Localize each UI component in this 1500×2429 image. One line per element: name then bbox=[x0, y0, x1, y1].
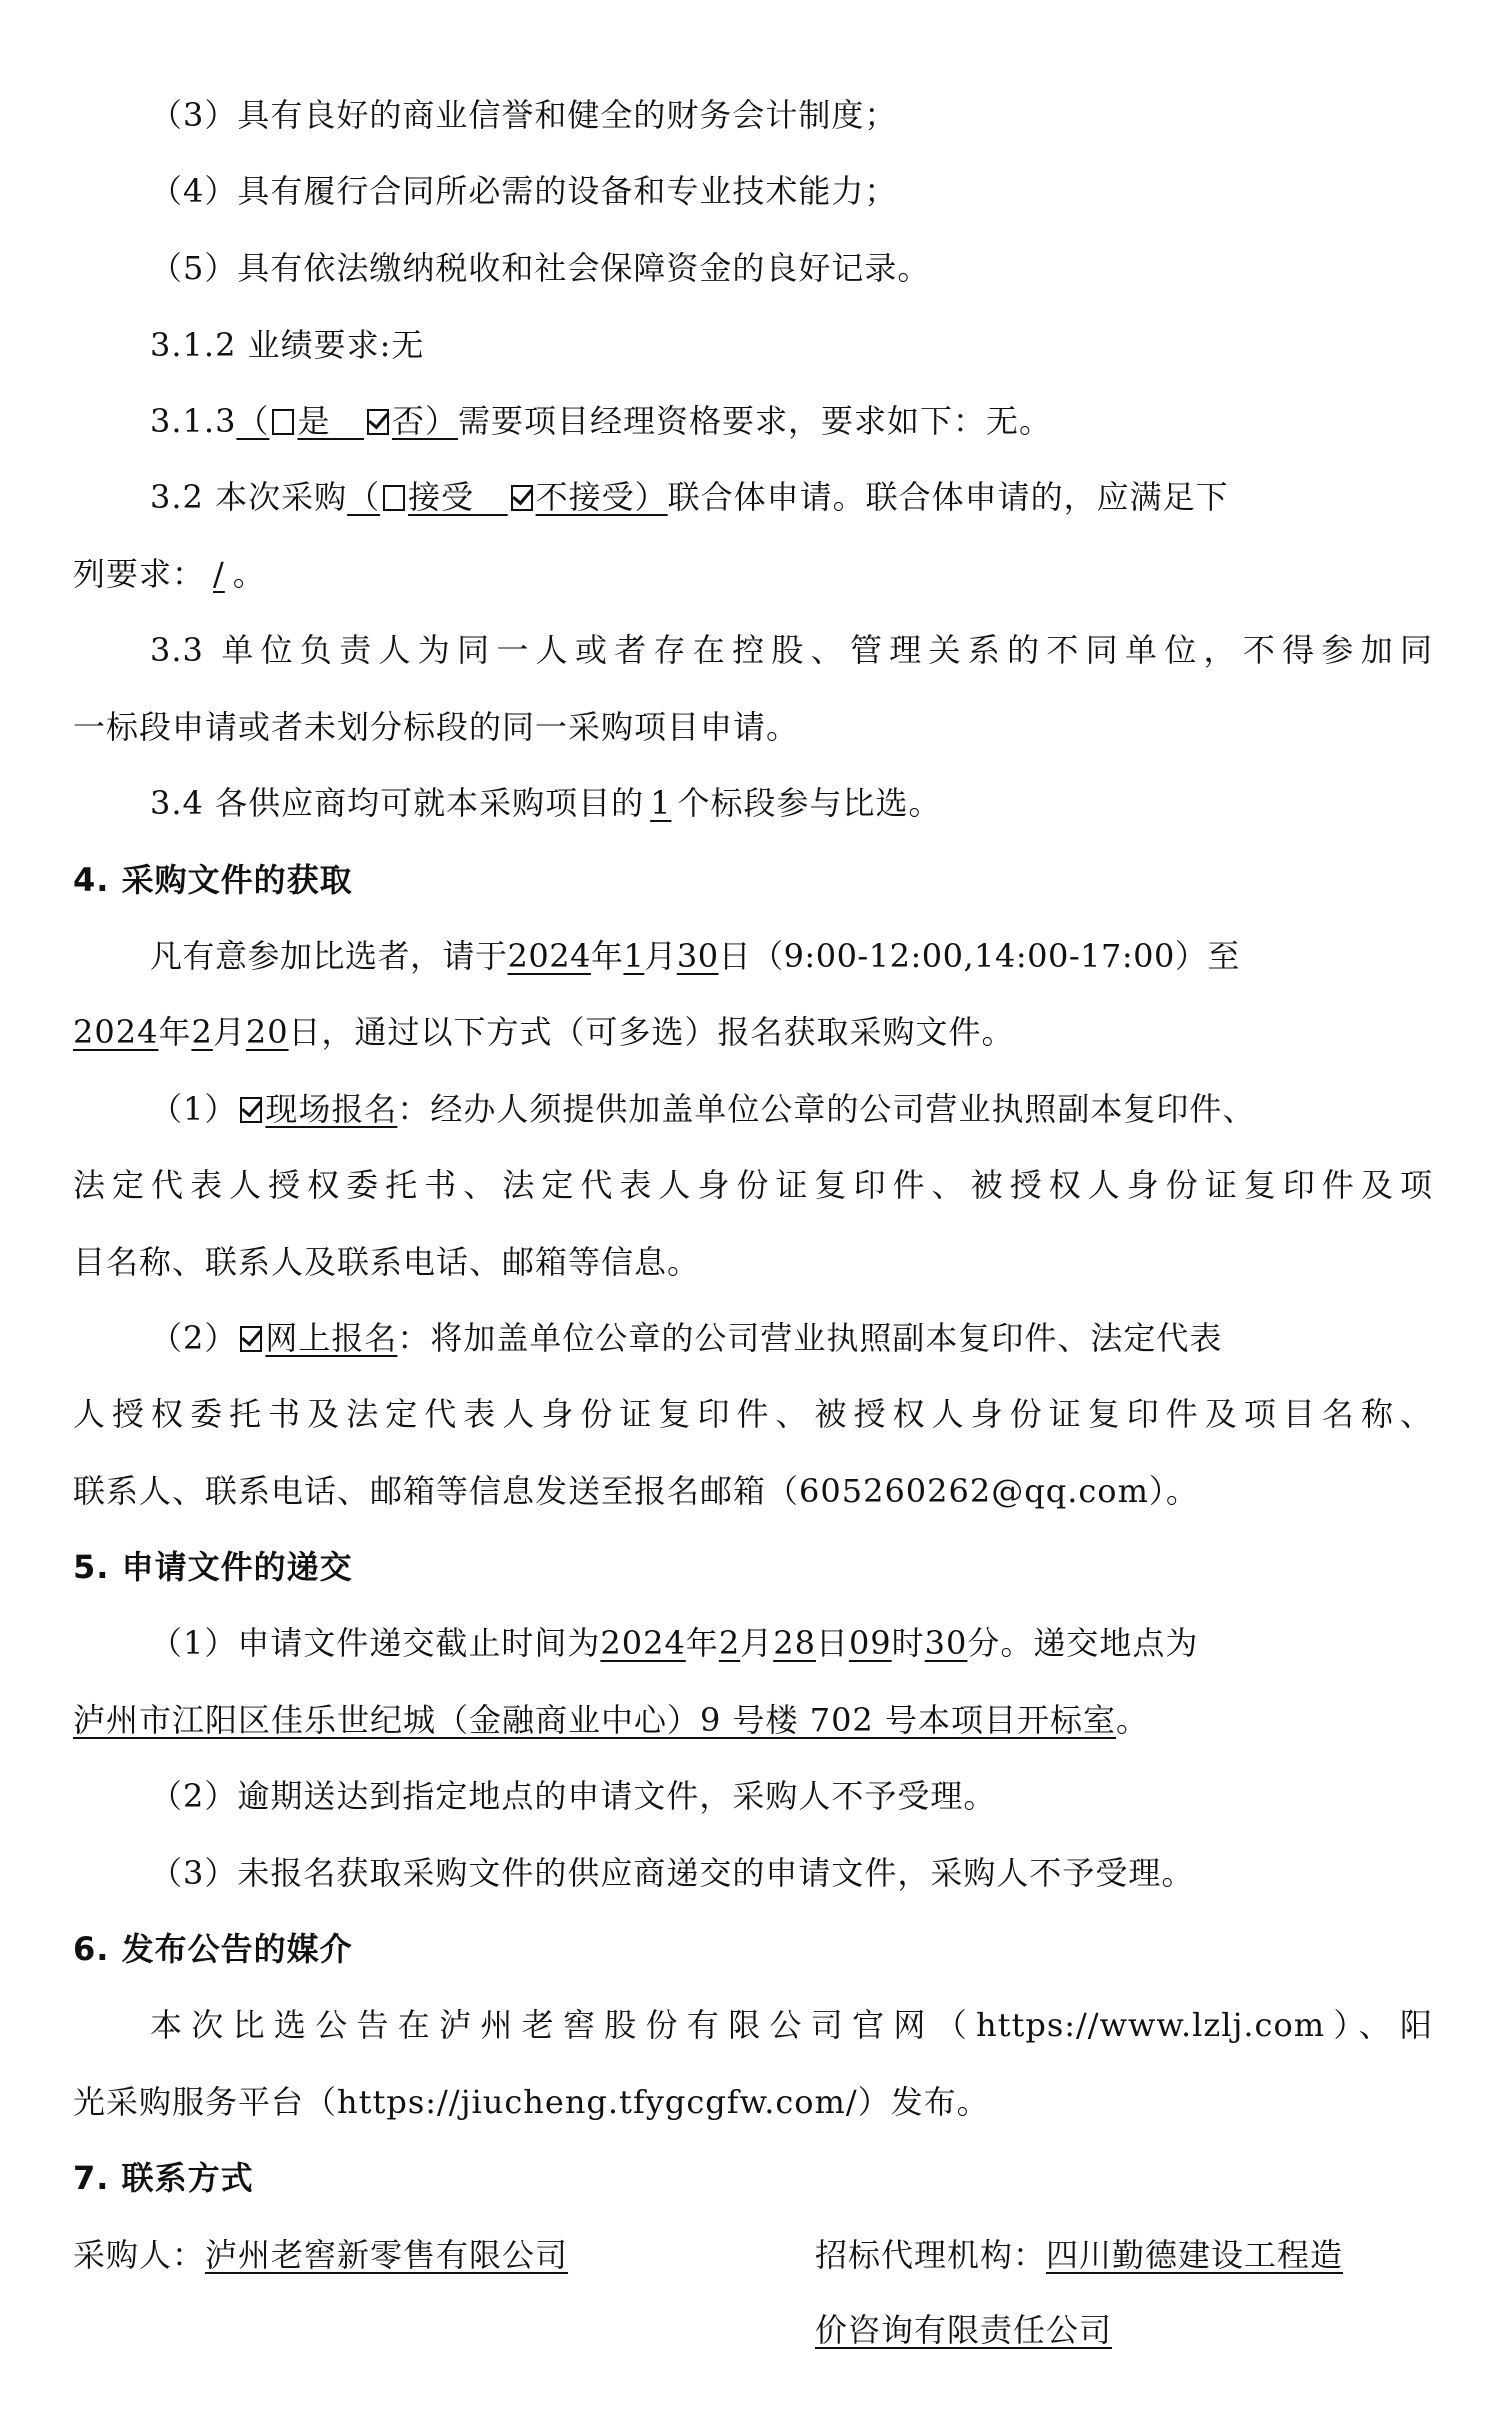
document-page: （3）具有良好的商业信誉和健全的财务会计制度； （4）具有履行合同所必需的设备和… bbox=[0, 0, 1500, 2429]
purchaser-label: 采购人： bbox=[73, 2236, 205, 2274]
checkbox-onsite-checked-icon[interactable] bbox=[240, 1097, 262, 1123]
text: 年 bbox=[158, 1013, 191, 1051]
section-5-heading: 5. 申请文件的递交 bbox=[73, 1537, 1433, 1597]
clause-3-1-3: 3.1.3（是 否）需要项目经理资格要求，要求如下：无。 bbox=[150, 391, 1433, 451]
clause-text: 3.4 各供应商均可就本采购项目的 bbox=[150, 784, 644, 822]
text: 凡有意参加比选者，请于 bbox=[150, 937, 508, 975]
onsite-registration-label: 现场报名 bbox=[265, 1090, 397, 1128]
text: 日，通过以下方式（可多选）报名获取采购文件。 bbox=[289, 1013, 1015, 1051]
option-accept-label: 接受 bbox=[408, 478, 474, 516]
online-registration-label: 网上报名 bbox=[265, 1319, 397, 1357]
paren: （ bbox=[236, 402, 269, 440]
deadline-month: 2 bbox=[719, 1624, 740, 1662]
text: 时 bbox=[892, 1624, 925, 1662]
submission-deadline: （1）申请文件递交截止时间为2024年2月28日09时30分。递交地点为 bbox=[150, 1613, 1433, 1673]
requirement-label: 列要求： bbox=[73, 555, 205, 593]
late-submission-rule: （2）逾期送达到指定地点的申请文件，采购人不予受理。 bbox=[150, 1766, 1433, 1826]
section-4-heading: 4. 采购文件的获取 bbox=[73, 850, 1433, 910]
period: 。 bbox=[233, 555, 266, 593]
text: ：将加盖单位公章的公司营业执照副本复印件、法定代表 bbox=[397, 1319, 1222, 1357]
online-registration-line2: 人授权委托书及法定代表人身份证复印件、被授权人身份证复印件及项目名称、 bbox=[73, 1384, 1433, 1444]
checkbox-yes-icon[interactable] bbox=[272, 409, 294, 435]
text: 月 bbox=[740, 1624, 773, 1662]
submission-location-line: 泸州市江阳区佳乐世纪城（金融商业中心）9 号楼 702 号本项目开标室。 bbox=[73, 1690, 1433, 1750]
end-year: 2024 bbox=[73, 1013, 158, 1051]
checkbox-no-checked-icon[interactable] bbox=[367, 409, 389, 435]
agency-contact: 招标代理机构：四川勤德建设工程造 bbox=[815, 2225, 1435, 2285]
checkbox-reject-checked-icon[interactable] bbox=[511, 485, 533, 511]
requirement-4: （4）具有履行合同所必需的设备和专业技术能力； bbox=[150, 161, 1433, 221]
period: 。 bbox=[1116, 1701, 1149, 1739]
online-registration-line3: 联系人、联系电话、邮箱等信息发送至报名邮箱（605260262@qq.com）。 bbox=[73, 1461, 1433, 1521]
business-hours: 日（9:00-12:00,14:00-17:00）至 bbox=[719, 937, 1240, 975]
clause-3-2: 3.2 本次采购（接受 不接受）联合体申请。联合体申请的，应满足下 bbox=[150, 467, 1433, 527]
consortium-requirement-value: / bbox=[205, 555, 233, 593]
text: （1）申请文件递交截止时间为 bbox=[150, 1624, 600, 1662]
registration-period-line2: 2024年2月20日，通过以下方式（可多选）报名获取采购文件。 bbox=[73, 1002, 1433, 1062]
onsite-registration-line2: 法定代表人授权委托书、法定代表人身份证复印件、被授权人身份证复印件及项 bbox=[73, 1155, 1433, 1215]
consortium-options: （接受 不接受） bbox=[347, 478, 668, 516]
media-line1: 本次比选公告在泸州老窖股份有限公司官网（https://www.lzlj.com… bbox=[150, 1995, 1433, 2055]
requirement-5: （5）具有依法缴纳税收和社会保障资金的良好记录。 bbox=[150, 238, 1433, 298]
start-day: 30 bbox=[677, 937, 719, 975]
clause-text-suffix: 联合体申请。联合体申请的，应满足下 bbox=[668, 478, 1229, 516]
start-month: 1 bbox=[623, 937, 644, 975]
checkbox-online-checked-icon[interactable] bbox=[240, 1326, 262, 1352]
deadline-minute: 30 bbox=[925, 1624, 968, 1662]
text: ：经办人须提供加盖单位公章的公司营业执照副本复印件、 bbox=[397, 1090, 1255, 1128]
text: 年 bbox=[591, 937, 624, 975]
start-year: 2024 bbox=[508, 937, 591, 975]
text: 月 bbox=[213, 1013, 246, 1051]
clause-number: 3.1.3 bbox=[150, 402, 236, 440]
clause-text-suffix: 个标段参与比选。 bbox=[677, 784, 941, 822]
submission-location: 泸州市江阳区佳乐世纪城（金融商业中心）9 号楼 702 号本项目开标室 bbox=[73, 1701, 1116, 1739]
lot-count: 1 bbox=[644, 784, 677, 822]
clause-3-3-line1: 3.3 单位负责人为同一人或者存在控股、管理关系的不同单位，不得参加同 bbox=[150, 620, 1433, 680]
registration-period-line1: 凡有意参加比选者，请于2024年1月30日（9:00-12:00,14:00-1… bbox=[150, 926, 1433, 986]
clause-3-4: 3.4 各供应商均可就本采购项目的1个标段参与比选。 bbox=[150, 773, 1433, 833]
clause-3-1-2: 3.1.2 业绩要求:无 bbox=[150, 315, 1433, 375]
paren: （ bbox=[347, 478, 380, 516]
section-7-heading: 7. 联系方式 bbox=[73, 2148, 1433, 2208]
clause-text: 3.2 本次采购 bbox=[150, 478, 347, 516]
purchaser-name: 泸州老窖新零售有限公司 bbox=[205, 2236, 568, 2274]
agency-name-line2: 价咨询有限责任公司 bbox=[815, 2311, 1112, 2349]
agency-name-line1: 四川勤德建设工程造 bbox=[1046, 2236, 1343, 2274]
onsite-registration-line1: （1）现场报名：经办人须提供加盖单位公章的公司营业执照副本复印件、 bbox=[150, 1079, 1433, 1139]
section-6-heading: 6. 发布公告的媒介 bbox=[73, 1919, 1433, 1979]
text: 月 bbox=[644, 937, 677, 975]
option-no-label: 否） bbox=[392, 402, 458, 440]
item-number: （2） bbox=[150, 1319, 237, 1357]
end-month: 2 bbox=[191, 1013, 212, 1051]
deadline-hour: 09 bbox=[849, 1624, 892, 1662]
text: 年 bbox=[686, 1624, 719, 1662]
requirement-3: （3）具有良好的商业信誉和健全的财务会计制度； bbox=[150, 85, 1433, 145]
clause-text: 需要项目经理资格要求，要求如下：无。 bbox=[458, 402, 1052, 440]
deadline-day: 28 bbox=[773, 1624, 816, 1662]
text: 日 bbox=[816, 1624, 849, 1662]
clause-3-3-line2: 一标段申请或者未划分标段的同一采购项目申请。 bbox=[73, 697, 1433, 757]
onsite-registration-line3: 目名称、联系人及联系电话、邮箱等信息。 bbox=[73, 1232, 1433, 1292]
end-day: 20 bbox=[246, 1013, 289, 1051]
media-line2: 光采购服务平台（https://jiucheng.tfygcgfw.com/）发… bbox=[73, 2072, 1433, 2132]
purchaser-contact: 采购人：泸州老窖新零售有限公司 bbox=[73, 2225, 773, 2285]
clause-3-2-continued: 列要求：/。 bbox=[73, 544, 1433, 604]
unregistered-rule: （3）未报名获取采购文件的供应商递交的申请文件，采购人不予受理。 bbox=[150, 1843, 1433, 1903]
pm-qualification-options: （是 否） bbox=[236, 402, 458, 440]
option-reject-label: 不接受） bbox=[536, 478, 668, 516]
agency-contact-continued: 价咨询有限责任公司 bbox=[815, 2300, 1435, 2360]
option-yes-label: 是 bbox=[297, 402, 330, 440]
checkbox-accept-icon[interactable] bbox=[383, 485, 405, 511]
deadline-year: 2024 bbox=[600, 1624, 685, 1662]
agency-label: 招标代理机构： bbox=[815, 2236, 1046, 2274]
online-registration-line1: （2）网上报名：将加盖单位公章的公司营业执照副本复印件、法定代表 bbox=[150, 1308, 1433, 1368]
text: 分。递交地点为 bbox=[967, 1624, 1198, 1662]
item-number: （1） bbox=[150, 1090, 237, 1128]
